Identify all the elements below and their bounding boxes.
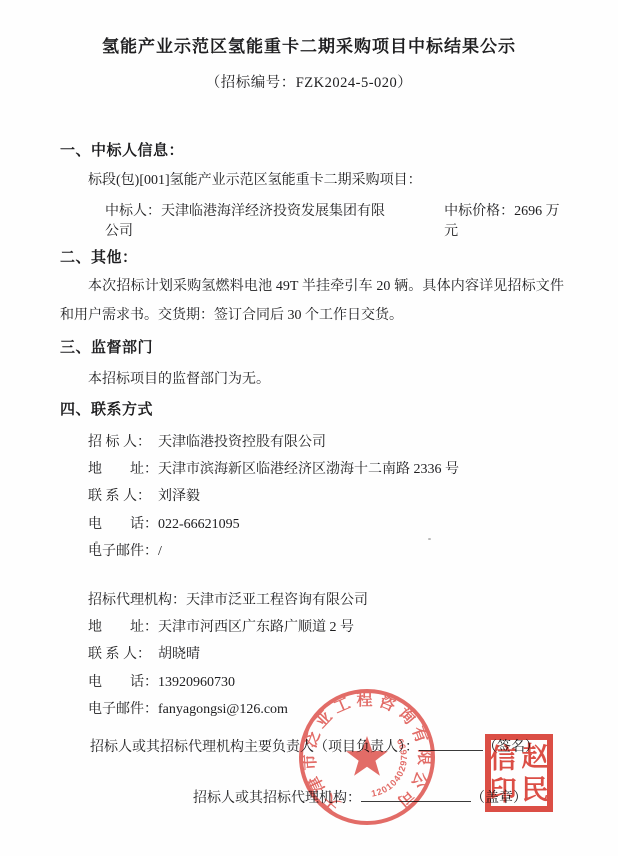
scanned-document-page: 氢能产业示范区氢能重卡二期采购项目中标结果公示 （招标编号：FZK2024-5-… xyxy=(0,0,618,856)
contact-label: 联 系 人： xyxy=(88,483,158,510)
supervision-body: 本招标项目的监督部门为无。 xyxy=(60,366,564,393)
stamp-star-icon xyxy=(346,736,388,776)
winner-name: 中标人：天津临港海洋经济投资发展集团有限公司 xyxy=(105,200,390,240)
section-heading-supervision: 三、监督部门 xyxy=(60,338,564,359)
contact-label: 联 系 人： xyxy=(88,641,158,668)
contact-value: 刘泽毅 xyxy=(158,489,200,504)
tenderer-contact-block: 招 标 人：天津临港投资控股有限公司 地 址：天津市滨海新区临港经济区渤海十二南… xyxy=(60,429,564,565)
bid-number: （招标编号：FZK2024-5-020） xyxy=(20,73,598,93)
document-body: 一、中标人信息： 标段(包)[001]氢能产业示范区氢能重卡二期采购项目： 中标… xyxy=(0,141,618,723)
contact-row-person: 联 系 人：刘泽毅 xyxy=(88,483,564,510)
winner-row: 中标人：天津临港海洋经济投资发展集团有限公司 中标价格：2696 万元 xyxy=(60,200,564,240)
contact-value: / xyxy=(158,544,162,559)
contact-label: 电 话： xyxy=(88,511,158,538)
seal-char-top-left: 信 xyxy=(490,743,517,774)
contact-label: 招标代理机构： xyxy=(88,593,186,608)
contact-label: 电子邮件： xyxy=(88,696,158,723)
contact-row-person: 联 系 人：胡晓晴 xyxy=(88,641,564,668)
contact-row-tenderer: 招 标 人：天津临港投资控股有限公司 xyxy=(88,429,564,456)
contact-value: 022-66621095 xyxy=(158,517,240,532)
scan-speck xyxy=(428,538,431,540)
contact-row-address: 地 址：天津市河西区广东路广顺道 2 号 xyxy=(88,614,564,641)
contact-row-address: 地 址：天津市滨海新区临港经济区渤海十二南路 2336 号 xyxy=(88,456,564,483)
section-heading-contact: 四、联系方式 xyxy=(60,400,564,421)
company-round-stamp-icon: 天津市泛亚工程咨询有限公司 1201040297699 xyxy=(297,687,437,827)
section-heading-winner: 一、中标人信息： xyxy=(60,141,564,162)
section-heading-other: 二、其他： xyxy=(60,248,564,269)
other-paragraph: 本次招标计划采购氢燃料电池 49T 半挂牵引车 20 辆。具体内容详见招标文件和… xyxy=(60,273,564,330)
contact-value: 天津市河西区广东路广顺道 2 号 xyxy=(158,620,354,635)
personal-name-seal-icon: 信 赵 印 民 xyxy=(484,733,554,813)
contact-value: 天津临港投资控股有限公司 xyxy=(158,435,326,450)
contact-value: 天津市滨海新区临港经济区渤海十二南路 2336 号 xyxy=(158,462,459,477)
contact-value: 13920960730 xyxy=(158,675,235,690)
winner-price: 中标价格：2696 万元 xyxy=(444,200,564,240)
contact-label: 电 话： xyxy=(88,669,158,696)
contact-label: 地 址： xyxy=(88,614,158,641)
contact-row-email: 电子邮件：/ xyxy=(88,538,564,565)
contact-value: 天津市泛亚工程咨询有限公司 xyxy=(186,593,368,608)
seal-char-bottom-left: 印 xyxy=(490,776,517,806)
contact-row-agency: 招标代理机构：天津市泛亚工程咨询有限公司 xyxy=(88,587,564,614)
contact-label: 招 标 人： xyxy=(88,429,158,456)
contact-label: 电子邮件： xyxy=(88,538,158,565)
contact-value: fanyagongsi@126.com xyxy=(158,702,288,717)
contact-row-phone: 电 话：022-66621095 xyxy=(88,511,564,538)
scan-speck xyxy=(95,541,98,544)
seal-char-top-right: 赵 xyxy=(522,742,549,772)
contact-value: 胡晓晴 xyxy=(158,647,200,662)
seal-char-bottom-right: 民 xyxy=(522,775,549,805)
contact-label: 地 址： xyxy=(88,456,158,483)
lot-line: 标段(包)[001]氢能产业示范区氢能重卡二期采购项目： xyxy=(60,171,564,191)
document-title: 氢能产业示范区氢能重卡二期采购项目中标结果公示 xyxy=(20,36,598,57)
